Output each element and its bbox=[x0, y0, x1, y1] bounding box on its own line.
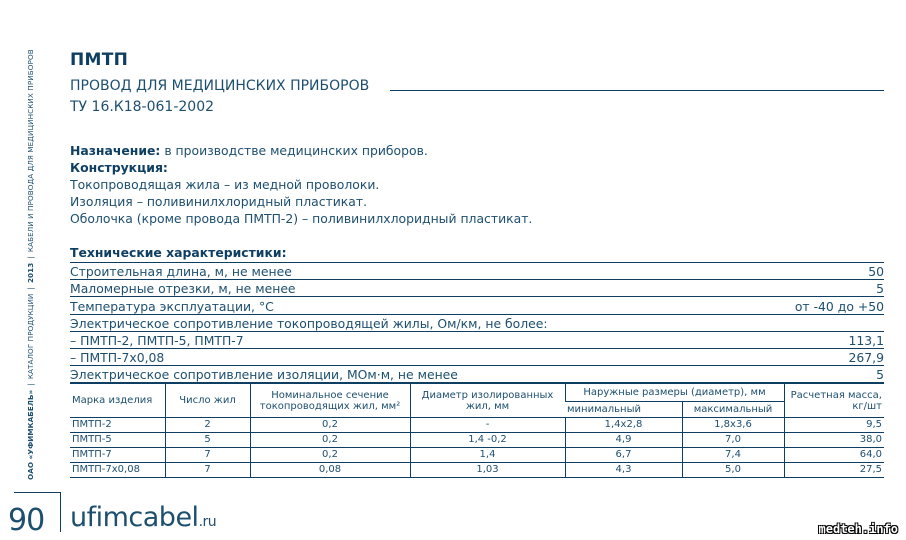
cell-mark: ПМТП-7х0,08 bbox=[70, 463, 165, 478]
footer-rule-horizontal bbox=[14, 492, 60, 493]
spec-label: Температура эксплуатации, °С bbox=[70, 299, 274, 314]
col-header-outer-max: максимальный bbox=[682, 402, 784, 418]
sidebar-company: ОАО «УФИМКАБЕЛЬ» bbox=[26, 390, 35, 480]
cell-section: 0,2 bbox=[250, 448, 410, 463]
table-row: ПМТП-7х0,08 7 0,08 1,03 4,3 5,0 27,5 bbox=[70, 463, 884, 478]
sidebar-running-header: ОАО «УФИМКАБЕЛЬ»|КАТАЛОГ ПРОДУКЦИИ|2013|… bbox=[26, 49, 35, 480]
cell-mark: ПМТП-7 bbox=[70, 448, 165, 463]
cell-min: 4,3 bbox=[565, 463, 682, 478]
cell-cores: 5 bbox=[165, 433, 250, 448]
cell-section: 0,2 bbox=[250, 433, 410, 448]
col-header-cores: Число жил bbox=[165, 384, 250, 418]
cell-max: 1,8х3,6 bbox=[682, 418, 784, 433]
sidebar-separator: | bbox=[26, 256, 35, 259]
spec-label: Электрическое сопротивление токопроводящ… bbox=[70, 316, 548, 331]
site-url[interactable]: ufimcabel.ru bbox=[70, 502, 216, 533]
spec-row: Строительная длина, м, не менее50 bbox=[70, 263, 884, 280]
cell-min: 1,4х2,8 bbox=[565, 418, 682, 433]
spec-row: – ПМТП-7х0,08267,9 bbox=[70, 349, 884, 366]
spec-row: – ПМТП-2, ПМТП-5, ПМТП-7113,1 bbox=[70, 332, 884, 349]
cell-diameter: 1,4 -0,2 bbox=[410, 433, 565, 448]
cell-cores: 7 bbox=[165, 448, 250, 463]
purpose-text: в производстве медицинских приборов. bbox=[160, 143, 427, 158]
cell-mark: ПМТП-5 bbox=[70, 433, 165, 448]
spec-label: Электрическое сопротивление изоляции, МО… bbox=[70, 367, 458, 382]
spec-row: Электрическое сопротивление изоляции, МО… bbox=[70, 366, 884, 383]
cell-section: 0,2 bbox=[250, 418, 410, 433]
sidebar-separator: | bbox=[26, 287, 35, 290]
spec-value: 50 bbox=[868, 264, 884, 279]
col-header-outer-min: минимальный bbox=[565, 402, 682, 418]
construction-line: Изоляция – поливинилхлоридный пластикат. bbox=[70, 194, 367, 209]
spec-label: – ПМТП-2, ПМТП-5, ПМТП-7 bbox=[70, 333, 244, 348]
table-row: ПМТП-7 7 0,2 1,4 6,7 7,4 64,0 bbox=[70, 448, 884, 463]
subtitle-rule bbox=[390, 90, 884, 91]
cell-section: 0,08 bbox=[250, 463, 410, 478]
construction-label: Конструкция: bbox=[70, 160, 168, 175]
cell-cores: 2 bbox=[165, 418, 250, 433]
construction-line: Оболочка (кроме провода ПМТП-2) – поливи… bbox=[70, 211, 532, 226]
sidebar-section: КАБЕЛИ И ПРОВОДА ДЛЯ МЕДИЦИНСКИХ ПРИБОРО… bbox=[26, 49, 35, 252]
watermark: medteh.info bbox=[819, 522, 898, 536]
page-number: 90 bbox=[8, 503, 44, 538]
spec-label: Маломерные отрезки, м, не менее bbox=[70, 281, 296, 296]
col-header-section: Номинальное сечение токопроводящих жил, … bbox=[250, 384, 410, 418]
specs-heading: Технические характеристики: bbox=[70, 245, 287, 260]
purpose-line: Назначение: в производстве медицинских п… bbox=[70, 143, 428, 158]
table-row: ПМТП-5 5 0,2 1,4 -0,2 4,9 7,0 38,0 bbox=[70, 433, 884, 448]
site-tld: .ru bbox=[199, 514, 217, 530]
cell-mass: 27,5 bbox=[784, 463, 884, 478]
spec-label: Строительная длина, м, не менее bbox=[70, 264, 292, 279]
cell-mass: 9,5 bbox=[784, 418, 884, 433]
standard-code: ТУ 16.К18-061-2002 bbox=[70, 99, 214, 115]
sidebar-separator: | bbox=[26, 383, 35, 386]
cell-min: 6,7 bbox=[565, 448, 682, 463]
construction-line: Токопроводящая жила – из медной проволок… bbox=[70, 177, 379, 192]
spec-label: – ПМТП-7х0,08 bbox=[70, 350, 164, 365]
construction-heading: Конструкция: bbox=[70, 160, 168, 175]
site-main: ufimcabel bbox=[70, 502, 199, 533]
cell-diameter: - bbox=[410, 418, 565, 433]
sidebar-catalog: КАТАЛОГ ПРОДУКЦИИ bbox=[26, 294, 35, 380]
col-header-outer: Наружные размеры (диаметр), мм bbox=[565, 384, 784, 402]
cell-mass: 38,0 bbox=[784, 433, 884, 448]
sidebar-year: 2013 bbox=[26, 263, 35, 283]
spec-value: от -40 до +50 bbox=[795, 299, 884, 314]
spec-row: Маломерные отрезки, м, не менее5 bbox=[70, 280, 884, 297]
spec-value: 5 bbox=[876, 367, 884, 382]
cell-cores: 7 bbox=[165, 463, 250, 478]
spec-row: Электрическое сопротивление токопроводящ… bbox=[70, 315, 884, 332]
footer-rule-vertical bbox=[60, 492, 61, 532]
purpose-label: Назначение: bbox=[70, 143, 160, 158]
cell-mark: ПМТП-2 bbox=[70, 418, 165, 433]
cell-diameter: 1,03 bbox=[410, 463, 565, 478]
cell-max: 7,0 bbox=[682, 433, 784, 448]
cell-mass: 64,0 bbox=[784, 448, 884, 463]
col-header-mark: Марка изделия bbox=[70, 384, 165, 418]
cell-max: 7,4 bbox=[682, 448, 784, 463]
spec-value: 5 bbox=[876, 281, 884, 296]
page-subtitle: ПРОВОД ДЛЯ МЕДИЦИНСКИХ ПРИБОРОВ bbox=[70, 78, 369, 94]
cell-min: 4,9 bbox=[565, 433, 682, 448]
table-row: ПМТП-2 2 0,2 - 1,4х2,8 1,8х3,6 9,5 bbox=[70, 418, 884, 433]
cell-max: 5,0 bbox=[682, 463, 784, 478]
page-title: ПМТП bbox=[70, 50, 128, 70]
col-header-mass: Расчетная масса, кг/шт bbox=[784, 384, 884, 418]
spec-row: Температура эксплуатации, °Сот -40 до +5… bbox=[70, 297, 884, 314]
col-header-diameter: Диаметр изолированных жил, мм bbox=[410, 384, 565, 418]
product-table: Марка изделия Число жил Номинальное сече… bbox=[70, 383, 884, 478]
cell-diameter: 1,4 bbox=[410, 448, 565, 463]
specs-list: Строительная длина, м, не менее50 Маломе… bbox=[70, 262, 884, 383]
spec-value: 267,9 bbox=[849, 350, 884, 365]
spec-value: 113,1 bbox=[849, 333, 884, 348]
